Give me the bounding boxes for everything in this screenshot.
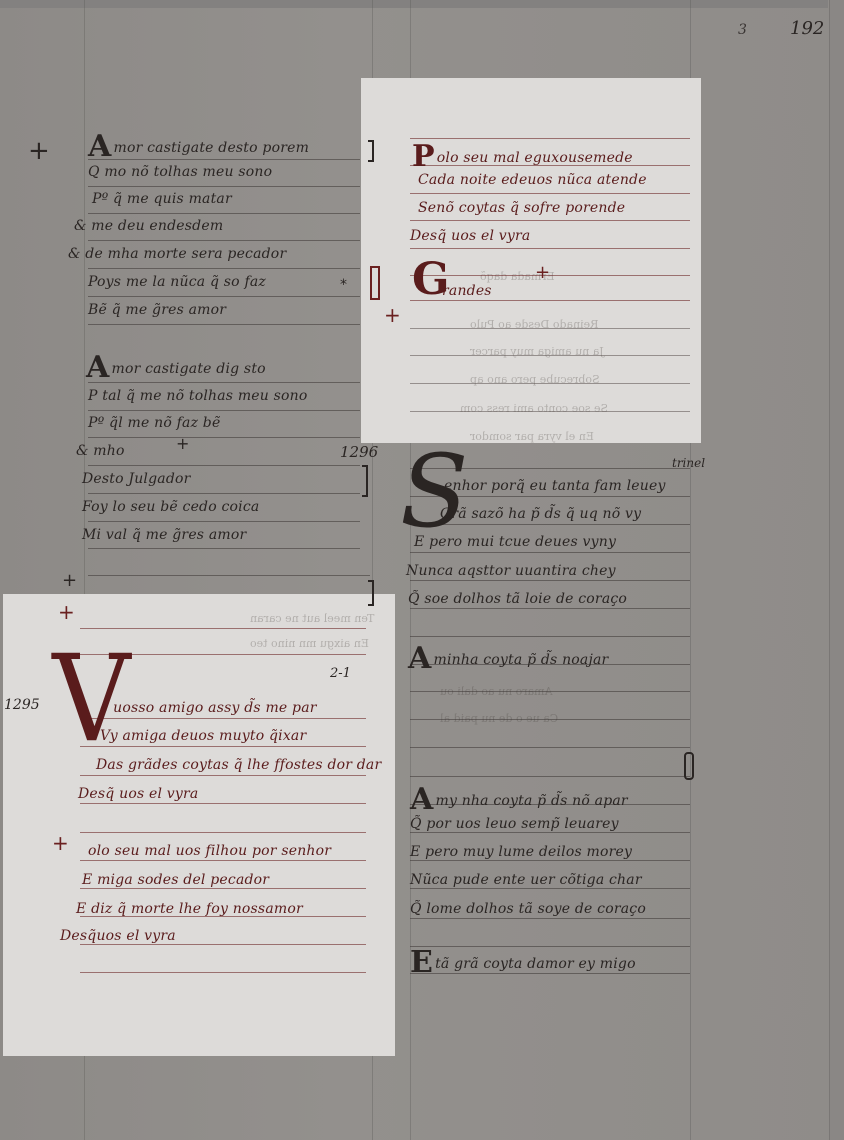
- initial-letter: A: [86, 350, 109, 385]
- bleed-through-text: Ja nu amiga muy parcer: [470, 345, 604, 358]
- verse-line: Nunca aqsttor uuantira chey: [406, 563, 616, 579]
- poem-number: 1295: [4, 697, 40, 713]
- verse-line: P tal q̃ me nõ tolhas meu sono: [88, 388, 308, 404]
- cross-mark: +: [62, 572, 77, 590]
- margin-note: trinel: [672, 456, 705, 470]
- verse-line: Desto Julgador: [82, 471, 191, 487]
- initial-letter: P: [412, 139, 435, 174]
- verse-line: Senõ coytas q̃ sofre porende: [418, 200, 625, 216]
- bracket-mark: [362, 465, 368, 497]
- verse-line: E diz q̃ morte lhe foy nossamor: [76, 901, 303, 917]
- initial-letter: A: [408, 641, 431, 676]
- bracket-mark: [368, 140, 374, 162]
- folio-number: 192: [790, 18, 824, 39]
- cross-mark: +: [28, 138, 50, 164]
- verse-line: Pº q̃ me quis matar: [92, 191, 232, 207]
- verse-line: enhor porq̃ eu tanta fam leuey: [444, 478, 666, 494]
- bracket-mark: [368, 580, 374, 606]
- verse-line: Aminha coyta p̃ d̃s noajar: [408, 644, 608, 674]
- cross-mark: +: [176, 436, 189, 452]
- verse-line: Grã sazõ ha p̃ d̃s q̃ uq nõ vy: [440, 506, 641, 522]
- verse-line: E miga sodes del pecador: [82, 872, 269, 888]
- initial-letter: A: [88, 129, 111, 164]
- verse-line: e uosso amigo assy d̃s me par: [100, 700, 317, 716]
- poem-number: 1296: [340, 443, 378, 461]
- cross-mark: +: [535, 264, 550, 282]
- bracket-mark: [684, 752, 694, 780]
- verse-line: Etã grã coyta damor ey migo: [410, 948, 636, 978]
- page-right-edge: [829, 0, 844, 1140]
- verse-line: Foy lo seu bẽ cedo coica: [82, 499, 259, 515]
- verse-line: Pº q̃l me nõ faz bẽ: [88, 415, 220, 431]
- verse-line: Amor castigate dig sto: [86, 353, 266, 383]
- manuscript-page: 3 192 Ermada daqõ Reinado Desde ao Pulo …: [0, 0, 844, 1140]
- bleed-through-text: En el vyra par somdor: [470, 430, 594, 443]
- verse-line: Q̃ lome dolhos tã soye de coraço: [410, 901, 646, 917]
- verse-line: Q̃ por uos leuo semp̃ leuarey: [410, 816, 619, 832]
- margin-note: 2-1: [330, 666, 351, 681]
- bleed-through-text: Se soe conto ami ress com: [460, 402, 608, 415]
- verse-line: & de mha morte sera pecador: [68, 246, 286, 262]
- bleed-through-text: Ten meel aut ne caran: [250, 612, 374, 625]
- bleed-through-text: Reinado Desde ao Pulo: [470, 318, 598, 331]
- cross-mark: +: [58, 602, 75, 622]
- cross-mark: +: [52, 833, 69, 853]
- bracket-mark: [370, 266, 380, 300]
- verse-line: Amy nha coyta p̃ d̃s nõ apar: [410, 785, 628, 815]
- verse-line: olo seu mal uos filhou por senhor: [88, 843, 331, 859]
- verse-line: Desq̃uos el vyra: [60, 928, 176, 944]
- verse-line: Q mo nõ tolhas meu sono: [88, 164, 272, 180]
- verse-line: Mi val q̃ me g̃res amor: [82, 527, 246, 543]
- corner-mark: 3: [738, 22, 747, 38]
- verse-line: Amor castigate desto porem: [88, 132, 309, 162]
- verse-line: & mho: [76, 443, 125, 459]
- verse-line: Cada noite edeuos nũca atende: [418, 172, 647, 188]
- page-top-edge: [0, 0, 828, 8]
- initial-letter: A: [410, 782, 433, 817]
- verse-line: Poys me la nũca q̃ so faz: [88, 274, 266, 290]
- verse-line: Q̃ soe dolhos tã loie de coraço: [408, 591, 627, 607]
- verse-line: E pero mui tcue deues vyny: [414, 534, 616, 550]
- verse-line: Bẽ q̃ me g̃res amor: [88, 302, 226, 318]
- verse-line: Das grãdes coytas q̃ lhe ffostes dor dar: [96, 757, 381, 773]
- bleed-through-text: Sobrecube pero ano ap: [470, 373, 600, 386]
- verse-line: Nũca pude ente uer cõtiga char: [410, 872, 642, 888]
- verse-line: Vy amiga deuos muyto q̃ixar: [100, 728, 306, 744]
- verse-line: Desq̃ uos el vyra: [78, 786, 198, 802]
- verse-line: E pero muy lume deilos morey: [410, 844, 632, 860]
- verse-line: Desq̃ uos el vyra: [410, 228, 530, 244]
- bleed-through-text: En aixgu mn nino teo: [250, 637, 369, 650]
- initial-letter: E: [410, 945, 433, 980]
- verse-line: randes: [442, 283, 492, 299]
- asterisk-mark: *: [340, 278, 347, 292]
- verse-line: & me deu endesdem: [74, 218, 223, 234]
- verse-line: Polo seu mal eguxousemede: [412, 142, 633, 172]
- cross-mark: +: [384, 305, 401, 325]
